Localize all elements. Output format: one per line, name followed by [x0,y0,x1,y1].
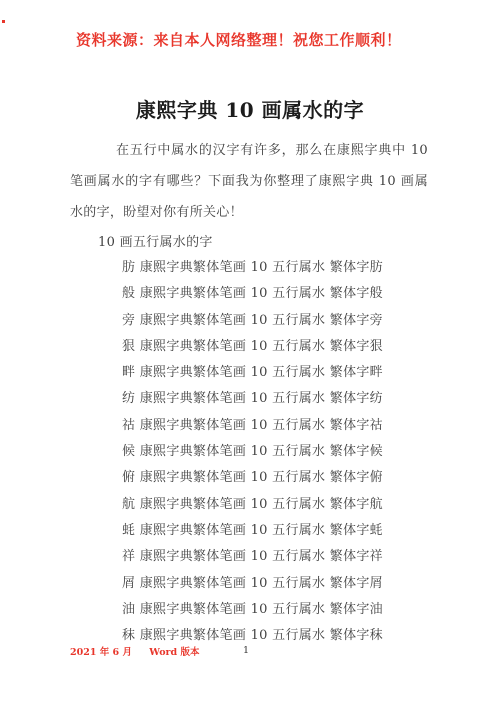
intro-paragraph: 在五行中属水的汉字有许多，那么在康熙字典中 10 笔画属水的字有哪些？下面我为你… [70,135,428,228]
list-item: 纺 康熙字典繁体笔画 10 五行属水 繁体字纺 [122,386,383,412]
list-item: 油 康熙字典繁体笔画 10 五行属水 繁体字油 [122,597,383,623]
list-item: 屑 康熙字典繁体笔画 10 五行属水 繁体字屑 [122,571,383,597]
list-item: 航 康熙字典繁体笔画 10 五行属水 繁体字航 [122,492,383,518]
character-entry-list: 肪 康熙字典繁体笔画 10 五行属水 繁体字肪 般 康熙字典繁体笔画 10 五行… [122,255,383,649]
page-number: 1 [243,645,249,656]
list-item: 旁 康熙字典繁体笔画 10 五行属水 繁体字旁 [122,308,383,334]
footer-doc-version: Word 版本 [149,647,199,658]
page-title: 康熙字典 10 画属水的字 [0,97,500,123]
page-footer: 2021 年 6 月 Word 版本 1 [70,644,430,658]
list-item: 蚝 康熙字典繁体笔画 10 五行属水 繁体字蚝 [122,518,383,544]
list-item: 祥 康熙字典繁体笔画 10 五行属水 繁体字祥 [122,544,383,570]
red-artifact-dot [2,20,5,23]
list-item: 肪 康熙字典繁体笔画 10 五行属水 繁体字肪 [122,255,383,281]
list-item: 畔 康熙字典繁体笔画 10 五行属水 繁体字畔 [122,360,383,386]
document-page: { "document": { "notice": "资料来源：来自本人网络整理… [0,0,500,708]
list-item: 祜 康熙字典繁体笔画 10 五行属水 繁体字祜 [122,413,383,439]
list-item: 俯 康熙字典繁体笔画 10 五行属水 繁体字俯 [122,465,383,491]
list-item: 候 康熙字典繁体笔画 10 五行属水 繁体字候 [122,439,383,465]
section-heading: 10 画五行属水的字 [98,231,213,250]
list-item: 般 康熙字典繁体笔画 10 五行属水 繁体字般 [122,281,383,307]
footer-date: 2021 年 6 月 [70,647,132,658]
source-notice: 资料来源：来自本人网络整理！祝您工作顺利！ [76,31,440,51]
list-item: 狠 康熙字典繁体笔画 10 五行属水 繁体字狠 [122,334,383,360]
